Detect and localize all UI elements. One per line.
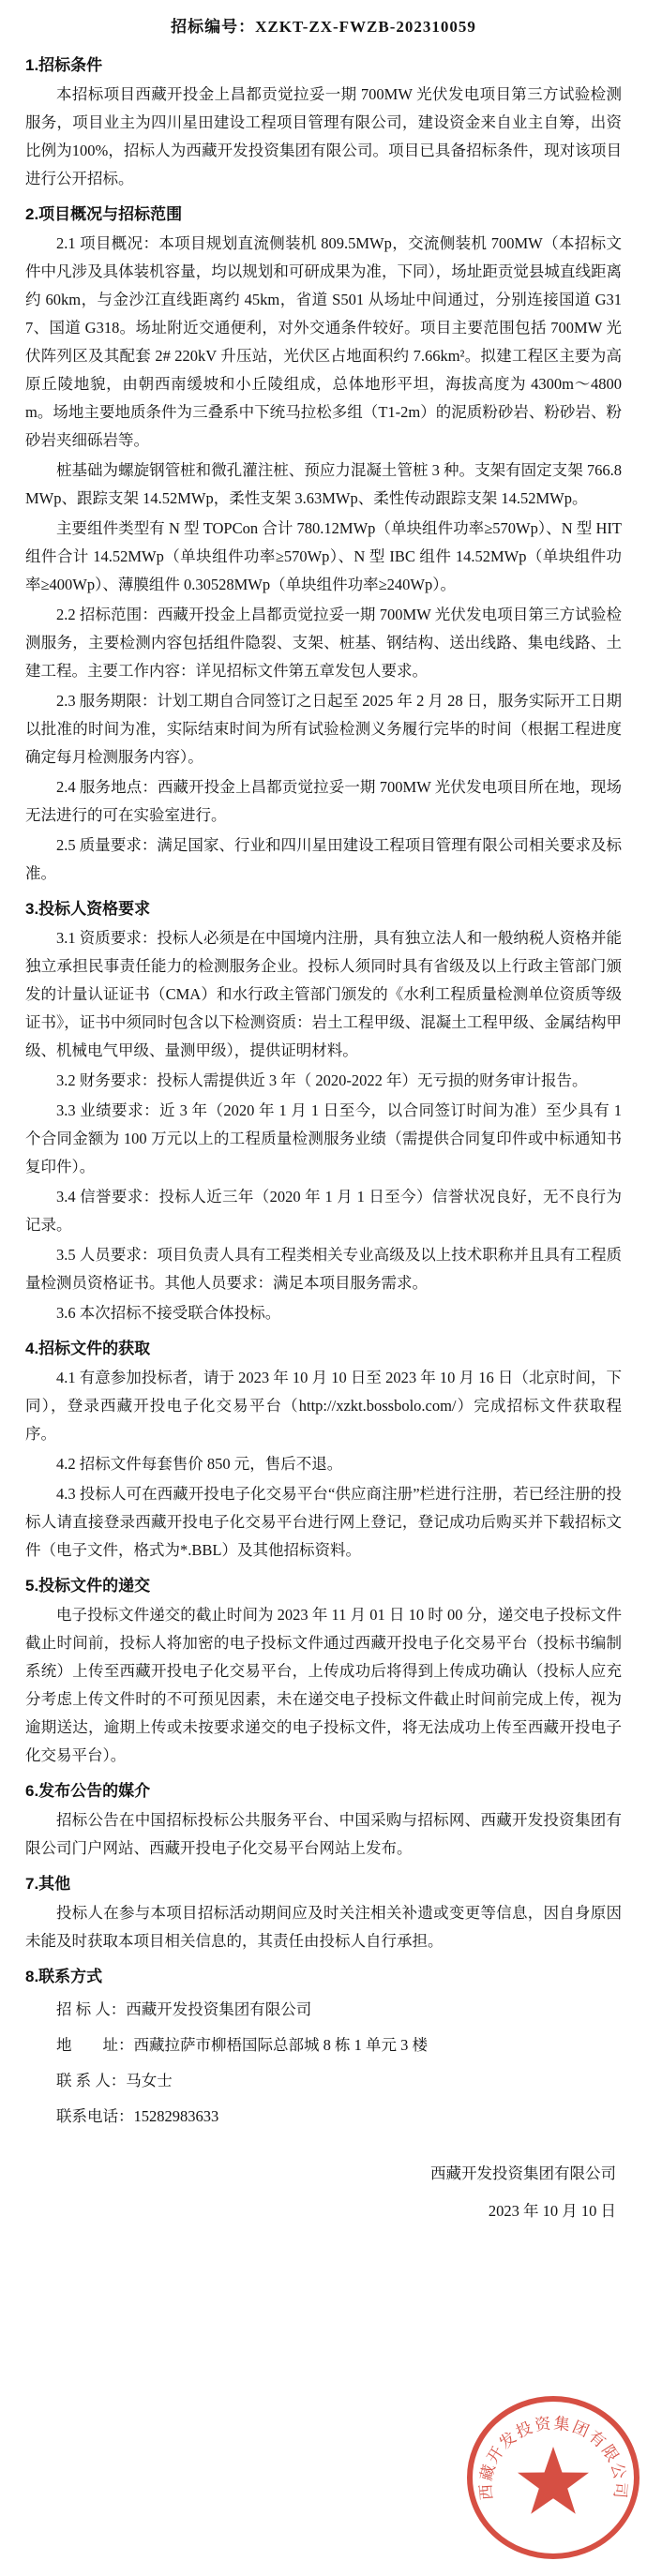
- section-heading-6: 6.发布公告的媒介: [25, 1777, 622, 1801]
- company-seal: 西藏开发投资集团有限公司: [463, 2392, 643, 2563]
- paragraph: 3.1 资质要求：投标人必须是在中国境内注册，具有独立法人和一般纳税人资格并能独…: [25, 924, 622, 1065]
- paragraph: 3.3 业绩要求：近 3 年（2020 年 1 月 1 日至今，以合同签订时间为…: [25, 1097, 622, 1181]
- section-heading-8: 8.联系方式: [25, 1963, 622, 1986]
- paragraph: 4.1 有意参加投标者，请于 2023 年 10 月 10 日至 2023 年 …: [25, 1364, 622, 1448]
- seal-text: 西藏开发投资集团有限公司: [477, 2414, 630, 2500]
- paragraph: 2.4 服务地点：西藏开投金上昌都贡觉拉妥一期 700MW 光伏发电项目所在地，…: [25, 773, 622, 830]
- paragraph: 桩基础为螺旋钢管桩和微孔灌注桩、预应力混凝土管桩 3 种。支架有固定支架 766…: [25, 457, 622, 513]
- paragraph: 2.5 质量要求：满足国家、行业和四川星田建设工程项目管理有限公司相关要求及标准…: [25, 831, 622, 888]
- signature-block: 西藏开发投资集团有限公司 2023 年 10 月 10 日: [25, 2155, 622, 2230]
- tender-number: 招标编号：XZKT-ZX-FWZB-202310059: [25, 13, 622, 37]
- section-heading-3: 3.投标人资格要求: [25, 895, 622, 919]
- paragraph: 2.2 招标范围：西藏开投金上昌都贡觉拉妥一期 700MW 光伏发电项目第三方试…: [25, 601, 622, 685]
- signature-company: 西藏开发投资集团有限公司: [25, 2155, 616, 2193]
- contact-address: 地 址：西藏拉萨市柳梧国际总部城 8 栋 1 单元 3 楼: [25, 2028, 622, 2063]
- star-icon: [518, 2447, 589, 2514]
- contact-person: 联 系 人：马女士: [25, 2063, 622, 2099]
- contact-phone: 联系电话：15282983633: [25, 2099, 622, 2134]
- paragraph: 3.4 信誉要求：投标人近三年（2020 年 1 月 1 日至今）信誉状况良好，…: [25, 1183, 622, 1239]
- paragraph: 投标人在参与本项目招标活动期间应及时关注相关补遗或变更等信息，因自身原因未能及时…: [25, 1899, 622, 1955]
- section-heading-5: 5.投标文件的递交: [25, 1572, 622, 1595]
- svg-text:西藏开发投资集团有限公司: 西藏开发投资集团有限公司: [477, 2414, 630, 2500]
- paragraph: 主要组件类型有 N 型 TOPCon 合计 780.12MWp（单块组件功率≥5…: [25, 515, 622, 599]
- paragraph: 4.2 招标文件每套售价 850 元，售后不退。: [25, 1450, 622, 1478]
- paragraph: 3.2 财务要求：投标人需提供近 3 年（ 2020-2022 年）无亏损的财务…: [25, 1067, 622, 1095]
- contact-tenderer: 招 标 人：西藏开发投资集团有限公司: [25, 1992, 622, 2028]
- paragraph: 4.3 投标人可在西藏开投电子化交易平台“供应商注册”栏进行注册，若已经注册的投…: [25, 1480, 622, 1565]
- paragraph: 本招标项目西藏开投金上昌都贡觉拉妥一期 700MW 光伏发电项目第三方试验检测服…: [25, 81, 622, 193]
- paragraph: 2.1 项目概况：本项目规划直流侧装机 809.5MWp，交流侧装机 700MW…: [25, 230, 622, 455]
- paragraph: 2.3 服务期限：计划工期自合同签订之日起至 2025 年 2 月 28 日，服…: [25, 687, 622, 771]
- paragraph: 3.5 人员要求：项目负责人具有工程类相关专业高级及以上技术职称并且具有工程质量…: [25, 1241, 622, 1297]
- section-heading-4: 4.招标文件的获取: [25, 1335, 622, 1358]
- tender-announcement-page: 招标编号：XZKT-ZX-FWZB-202310059 1.招标条件 本招标项目…: [0, 0, 647, 2576]
- section-heading-7: 7.其他: [25, 1870, 622, 1894]
- paragraph: 3.6 本次招标不接受联合体投标。: [25, 1299, 622, 1327]
- section-heading-2: 2.项目概况与招标范围: [25, 201, 622, 224]
- paragraph: 电子投标文件递交的截止时间为 2023 年 11 月 01 日 10 时 00 …: [25, 1601, 622, 1770]
- signature-date: 2023 年 10 月 10 日: [25, 2193, 616, 2230]
- section-heading-1: 1.招标条件: [25, 52, 622, 75]
- paragraph: 招标公告在中国招标投标公共服务平台、中国采购与招标网、西藏开发投资集团有限公司门…: [25, 1806, 622, 1863]
